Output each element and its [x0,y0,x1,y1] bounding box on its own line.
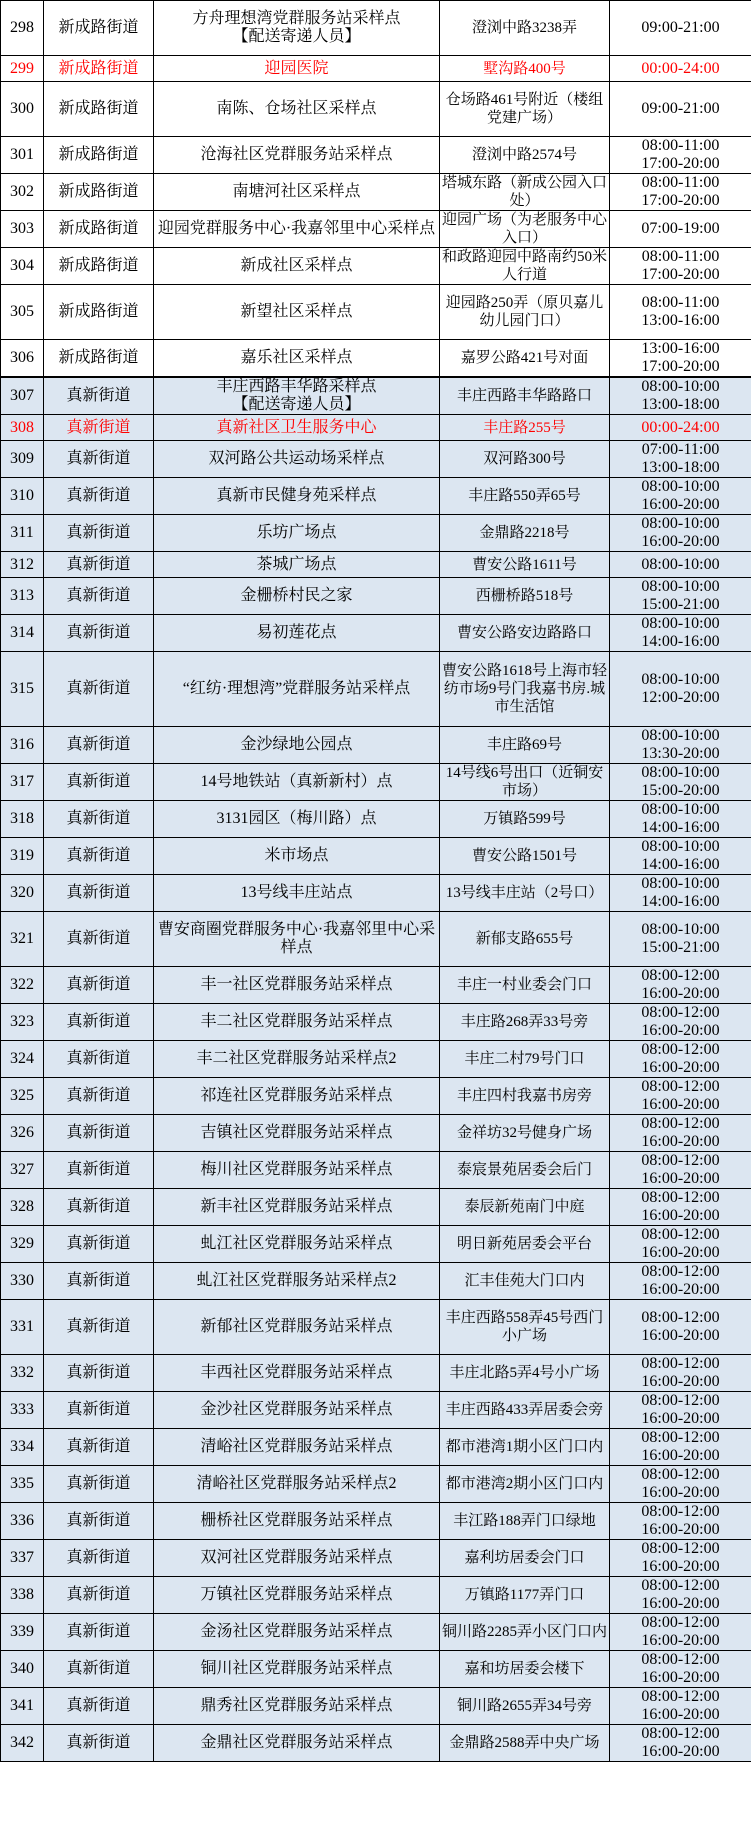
table-row: 305新成路街道新望社区采样点迎园路250弄（原贝嘉儿幼儿园门口）08:00-1… [1,285,751,340]
cell-address: 丰庄路550弄65号 [440,478,610,515]
cell-address: 金鼎路2218号 [440,515,610,552]
cell-address: 嘉和坊居委会楼下 [440,1651,610,1688]
cell-hours: 00:00-24:00 [610,415,751,441]
cell-index: 325 [1,1078,44,1115]
cell-site-name: 清峪社区党群服务站采样点 [154,1429,440,1466]
cell-site-name: 丰西社区党群服务站采样点 [154,1355,440,1392]
cell-hours: 08:00-12:00 16:00-20:00 [610,1263,751,1300]
cell-hours: 08:00-10:00 13:00-18:00 [610,377,751,415]
cell-site-name: 曹安商圈党群服务中心·我嘉邻里中心采样点 [154,912,440,967]
cell-site-name: 米市场点 [154,838,440,875]
cell-site-name: 清峪社区党群服务站采样点2 [154,1466,440,1503]
table-row: 314真新街道易初莲花点曹安公路安边路路口08:00-10:00 14:00-1… [1,615,751,652]
cell-street: 真新街道 [44,1503,154,1540]
cell-site-name: 丰二社区党群服务站采样点2 [154,1041,440,1078]
cell-site-name: 吉镇社区党群服务站采样点 [154,1115,440,1152]
cell-address: 丰庄路69号 [440,727,610,764]
table-row: 331真新街道新郁社区党群服务站采样点丰庄西路558弄45号西门小广场08:00… [1,1300,751,1355]
table-row: 338真新街道万镇社区党群服务站采样点万镇路1177弄门口08:00-12:00… [1,1577,751,1614]
cell-hours: 08:00-11:00 17:00-20:00 [610,137,751,174]
table-row: 326真新街道吉镇社区党群服务站采样点金祥坊32号健身广场08:00-12:00… [1,1115,751,1152]
cell-index: 321 [1,912,44,967]
cell-street: 新成路街道 [44,211,154,248]
cell-index: 319 [1,838,44,875]
cell-street: 真新街道 [44,1263,154,1300]
cell-index: 304 [1,248,44,285]
cell-hours: 00:00-24:00 [610,56,751,82]
cell-hours: 08:00-10:00 15:00-20:00 [610,764,751,801]
cell-site-name: 新郁社区党群服务站采样点 [154,1300,440,1355]
cell-index: 334 [1,1429,44,1466]
table-row: 319真新街道米市场点曹安公路1501号08:00-10:00 14:00-16… [1,838,751,875]
table-row: 301新成路街道沧海社区党群服务站采样点澄浏中路2574号08:00-11:00… [1,137,751,174]
cell-hours: 08:00-12:00 16:00-20:00 [610,1041,751,1078]
cell-index: 340 [1,1651,44,1688]
cell-index: 330 [1,1263,44,1300]
cell-site-name: 金汤社区党群服务站采样点 [154,1614,440,1651]
cell-street: 真新街道 [44,1226,154,1263]
cell-index: 317 [1,764,44,801]
cell-site-name: 13号线丰庄站点 [154,875,440,912]
cell-site-name: 沧海社区党群服务站采样点 [154,137,440,174]
cell-hours: 08:00-12:00 16:00-20:00 [610,1429,751,1466]
cell-site-name: 万镇社区党群服务站采样点 [154,1577,440,1614]
cell-hours: 08:00-10:00 14:00-16:00 [610,838,751,875]
cell-site-name: 14号地铁站（真新新村）点 [154,764,440,801]
cell-hours: 09:00-21:00 [610,82,751,137]
cell-address: 14号线6号出口（近铜安市场） [440,764,610,801]
cell-hours: 08:00-12:00 16:00-20:00 [610,1466,751,1503]
table-row: 321真新街道曹安商圈党群服务中心·我嘉邻里中心采样点新郁支路655号08:00… [1,912,751,967]
table-row: 322真新街道丰一社区党群服务站采样点丰庄一村业委会门口08:00-12:00 … [1,967,751,1004]
cell-address: 澄浏中路3238弄 [440,1,610,56]
cell-hours: 13:00-16:00 17:00-20:00 [610,340,751,378]
cell-site-name: 新成社区采样点 [154,248,440,285]
cell-hours: 07:00-19:00 [610,211,751,248]
table-row: 323真新街道丰二社区党群服务站采样点丰庄路268弄33号旁08:00-12:0… [1,1004,751,1041]
cell-site-name: 双河社区党群服务站采样点 [154,1540,440,1577]
cell-street: 新成路街道 [44,174,154,211]
table-row: 316真新街道金沙绿地公园点丰庄路69号08:00-10:00 13:30-20… [1,727,751,764]
cell-index: 312 [1,552,44,578]
cell-address: 铜川路2285弄小区门口内 [440,1614,610,1651]
table-row: 337真新街道双河社区党群服务站采样点嘉利坊居委会门口08:00-12:00 1… [1,1540,751,1577]
cell-site-name: 真新市民健身苑采样点 [154,478,440,515]
cell-street: 真新街道 [44,875,154,912]
cell-index: 337 [1,1540,44,1577]
cell-street: 真新街道 [44,478,154,515]
cell-site-name: 方舟理想湾党群服务站采样点 【配送寄递人员】 [154,1,440,56]
cell-index: 323 [1,1004,44,1041]
cell-street: 真新街道 [44,1725,154,1762]
table-row: 327真新街道梅川社区党群服务站采样点泰宸景苑居委会后门08:00-12:00 … [1,1152,751,1189]
cell-index: 333 [1,1392,44,1429]
table-row: 306新成路街道嘉乐社区采样点嘉罗公路421号对面13:00-16:00 17:… [1,340,751,378]
cell-address: 泰宸景苑居委会后门 [440,1152,610,1189]
cell-address: 西栅桥路518号 [440,578,610,615]
cell-hours: 08:00-12:00 16:00-20:00 [610,1226,751,1263]
cell-street: 真新街道 [44,1429,154,1466]
table-row: 310真新街道真新市民健身苑采样点丰庄路550弄65号08:00-10:00 1… [1,478,751,515]
table-row: 307真新街道丰庄西路丰华路采样点 【配送寄递人员】丰庄西路丰华路路口08:00… [1,377,751,415]
cell-street: 真新街道 [44,1540,154,1577]
cell-index: 338 [1,1577,44,1614]
cell-street: 真新街道 [44,1355,154,1392]
cell-street: 新成路街道 [44,1,154,56]
cell-site-name: 鼎秀社区党群服务站采样点 [154,1688,440,1725]
cell-address: 金鼎路2588弄中央广场 [440,1725,610,1762]
cell-street: 真新街道 [44,615,154,652]
cell-site-name: 丰庄西路丰华路采样点 【配送寄递人员】 [154,377,440,415]
cell-site-name: 易初莲花点 [154,615,440,652]
cell-address: 都市港湾2期小区门口内 [440,1466,610,1503]
cell-hours: 08:00-12:00 16:00-20:00 [610,1078,751,1115]
table-row: 325真新街道祁连社区党群服务站采样点丰庄四村我嘉书房旁08:00-12:00 … [1,1078,751,1115]
cell-street: 真新街道 [44,1577,154,1614]
cell-street: 真新街道 [44,727,154,764]
cell-hours: 08:00-11:00 17:00-20:00 [610,174,751,211]
cell-street: 真新街道 [44,1392,154,1429]
cell-index: 309 [1,441,44,478]
cell-street: 真新街道 [44,1004,154,1041]
cell-street: 真新街道 [44,1189,154,1226]
cell-address: 新郁支路655号 [440,912,610,967]
cell-street: 真新街道 [44,515,154,552]
cell-index: 326 [1,1115,44,1152]
cell-street: 真新街道 [44,1688,154,1725]
cell-index: 318 [1,801,44,838]
cell-site-name: 栅桥社区党群服务站采样点 [154,1503,440,1540]
cell-index: 313 [1,578,44,615]
cell-site-name: 金沙社区党群服务站采样点 [154,1392,440,1429]
cell-index: 332 [1,1355,44,1392]
cell-street: 真新街道 [44,377,154,415]
cell-hours: 08:00-12:00 16:00-20:00 [610,1355,751,1392]
cell-address: 明日新苑居委会平台 [440,1226,610,1263]
cell-hours: 08:00-12:00 16:00-20:00 [610,1577,751,1614]
cell-index: 300 [1,82,44,137]
cell-index: 329 [1,1226,44,1263]
cell-address: 曹安公路1618号上海市轻纺市场9号门我嘉书房.城市生活馆 [440,652,610,727]
cell-address: 万镇路1177弄门口 [440,1577,610,1614]
cell-site-name: 3131园区（梅川路）点 [154,801,440,838]
cell-site-name: 铜川社区党群服务站采样点 [154,1651,440,1688]
cell-site-name: 真新社区卫生服务中心 [154,415,440,441]
cell-street: 真新街道 [44,1152,154,1189]
cell-index: 342 [1,1725,44,1762]
table-row: 298新成路街道方舟理想湾党群服务站采样点 【配送寄递人员】澄浏中路3238弄0… [1,1,751,56]
cell-address: 丰庄二村79号门口 [440,1041,610,1078]
cell-site-name: 虬江社区党群服务站采样点 [154,1226,440,1263]
cell-street: 真新街道 [44,415,154,441]
cell-hours: 08:00-10:00 [610,552,751,578]
cell-index: 331 [1,1300,44,1355]
cell-index: 310 [1,478,44,515]
cell-hours: 08:00-12:00 16:00-20:00 [610,1725,751,1762]
cell-index: 322 [1,967,44,1004]
cell-site-name: 南陈、仓场社区采样点 [154,82,440,137]
cell-street: 真新街道 [44,801,154,838]
cell-index: 314 [1,615,44,652]
cell-index: 301 [1,137,44,174]
cell-index: 327 [1,1152,44,1189]
table-row: 336真新街道栅桥社区党群服务站采样点丰江路188弄门口绿地08:00-12:0… [1,1503,751,1540]
cell-hours: 08:00-10:00 15:00-21:00 [610,912,751,967]
table-row: 309真新街道双河路公共运动场采样点双河路300号07:00-11:00 13:… [1,441,751,478]
table-row: 312真新街道茶城广场点曹安公路1611号08:00-10:00 [1,552,751,578]
cell-site-name: 迎园医院 [154,56,440,82]
cell-address: 丰庄西路丰华路路口 [440,377,610,415]
cell-address: 铜川路2655弄34号旁 [440,1688,610,1725]
cell-address: 嘉罗公路421号对面 [440,340,610,378]
table-row: 311真新街道乐坊广场点金鼎路2218号08:00-10:00 16:00-20… [1,515,751,552]
table-row: 320真新街道13号线丰庄站点13号线丰庄站（2号口）08:00-10:00 1… [1,875,751,912]
cell-index: 307 [1,377,44,415]
cell-index: 308 [1,415,44,441]
cell-site-name: 新丰社区党群服务站采样点 [154,1189,440,1226]
cell-address: 迎园广场（为老服务中心入口） [440,211,610,248]
cell-hours: 08:00-12:00 16:00-20:00 [610,1152,751,1189]
table-row: 324真新街道丰二社区党群服务站采样点2丰庄二村79号门口08:00-12:00… [1,1041,751,1078]
cell-index: 328 [1,1189,44,1226]
cell-index: 306 [1,340,44,378]
cell-address: 丰庄路255号 [440,415,610,441]
cell-hours: 08:00-10:00 16:00-20:00 [610,478,751,515]
cell-address: 丰庄路268弄33号旁 [440,1004,610,1041]
cell-index: 315 [1,652,44,727]
cell-street: 真新街道 [44,1115,154,1152]
cell-address: 仓场路461号附近（楼组党建广场） [440,82,610,137]
cell-street: 真新街道 [44,1466,154,1503]
cell-hours: 08:00-12:00 16:00-20:00 [610,1540,751,1577]
table-row: 341真新街道鼎秀社区党群服务站采样点铜川路2655弄34号旁08:00-12:… [1,1688,751,1725]
cell-address: 曹安公路1501号 [440,838,610,875]
cell-index: 335 [1,1466,44,1503]
cell-site-name: “红纺·理想湾”党群服务站采样点 [154,652,440,727]
cell-index: 320 [1,875,44,912]
cell-site-name: 祁连社区党群服务站采样点 [154,1078,440,1115]
cell-address: 丰江路188弄门口绿地 [440,1503,610,1540]
cell-street: 真新街道 [44,967,154,1004]
cell-address: 曹安公路1611号 [440,552,610,578]
cell-hours: 08:00-12:00 16:00-20:00 [610,1004,751,1041]
cell-hours: 08:00-10:00 15:00-21:00 [610,578,751,615]
cell-index: 303 [1,211,44,248]
table-row: 332真新街道丰西社区党群服务站采样点丰庄北路5弄4号小广场08:00-12:0… [1,1355,751,1392]
cell-site-name: 双河路公共运动场采样点 [154,441,440,478]
table-row: 333真新街道金沙社区党群服务站采样点丰庄西路433弄居委会旁08:00-12:… [1,1392,751,1429]
cell-index: 324 [1,1041,44,1078]
table-row: 340真新街道铜川社区党群服务站采样点嘉和坊居委会楼下08:00-12:00 1… [1,1651,751,1688]
cell-site-name: 金沙绿地公园点 [154,727,440,764]
cell-hours: 08:00-10:00 14:00-16:00 [610,801,751,838]
cell-address: 嘉利坊居委会门口 [440,1540,610,1577]
cell-index: 311 [1,515,44,552]
table-row: 318真新街道3131园区（梅川路）点万镇路599号08:00-10:00 14… [1,801,751,838]
table-row: 304新成路街道新成社区采样点和政路迎园中路南约50米人行道08:00-11:0… [1,248,751,285]
cell-street: 新成路街道 [44,56,154,82]
cell-hours: 08:00-10:00 16:00-20:00 [610,515,751,552]
sampling-sites-rows: 298新成路街道方舟理想湾党群服务站采样点 【配送寄递人员】澄浏中路3238弄0… [1,1,751,1762]
cell-address: 双河路300号 [440,441,610,478]
table-row: 342真新街道金鼎社区党群服务站采样点金鼎路2588弄中央广场08:00-12:… [1,1725,751,1762]
cell-street: 真新街道 [44,552,154,578]
table-row: 300新成路街道南陈、仓场社区采样点仓场路461号附近（楼组党建广场）09:00… [1,82,751,137]
table-row: 303新成路街道迎园党群服务中心·我嘉邻里中心采样点迎园广场（为老服务中心入口）… [1,211,751,248]
cell-address: 汇丰佳苑大门口内 [440,1263,610,1300]
cell-street: 真新街道 [44,1651,154,1688]
cell-hours: 08:00-12:00 16:00-20:00 [610,1392,751,1429]
cell-hours: 08:00-12:00 16:00-20:00 [610,1651,751,1688]
cell-address: 丰庄北路5弄4号小广场 [440,1355,610,1392]
table-row: 302新成路街道南塘河社区采样点塔城东路（新成公园入口处）08:00-11:00… [1,174,751,211]
cell-street: 真新街道 [44,1614,154,1651]
table-row: 334真新街道清峪社区党群服务站采样点都市港湾1期小区门口内08:00-12:0… [1,1429,751,1466]
cell-street: 真新街道 [44,838,154,875]
cell-site-name: 金鼎社区党群服务站采样点 [154,1725,440,1762]
cell-index: 341 [1,1688,44,1725]
cell-hours: 08:00-11:00 17:00-20:00 [610,248,751,285]
cell-hours: 08:00-12:00 16:00-20:00 [610,1614,751,1651]
cell-street: 新成路街道 [44,340,154,378]
cell-street: 新成路街道 [44,137,154,174]
cell-hours: 08:00-10:00 12:00-20:00 [610,652,751,727]
cell-street: 新成路街道 [44,82,154,137]
cell-street: 真新街道 [44,764,154,801]
cell-address: 墅沟路400号 [440,56,610,82]
table-row: 308真新街道真新社区卫生服务中心丰庄路255号00:00-24:00 [1,415,751,441]
cell-street: 真新街道 [44,1300,154,1355]
table-row: 315真新街道“红纺·理想湾”党群服务站采样点曹安公路1618号上海市轻纺市场9… [1,652,751,727]
table-row: 329真新街道虬江社区党群服务站采样点明日新苑居委会平台08:00-12:00 … [1,1226,751,1263]
cell-hours: 08:00-12:00 16:00-20:00 [610,1115,751,1152]
cell-address: 丰庄四村我嘉书房旁 [440,1078,610,1115]
cell-hours: 08:00-12:00 16:00-20:00 [610,967,751,1004]
cell-address: 和政路迎园中路南约50米人行道 [440,248,610,285]
table-row: 339真新街道金汤社区党群服务站采样点铜川路2285弄小区门口内08:00-12… [1,1614,751,1651]
cell-index: 298 [1,1,44,56]
cell-street: 真新街道 [44,652,154,727]
cell-address: 塔城东路（新成公园入口处） [440,174,610,211]
cell-address: 曹安公路安边路路口 [440,615,610,652]
cell-hours: 07:00-11:00 13:00-18:00 [610,441,751,478]
cell-address: 万镇路599号 [440,801,610,838]
cell-street: 真新街道 [44,1041,154,1078]
cell-site-name: 迎园党群服务中心·我嘉邻里中心采样点 [154,211,440,248]
cell-index: 336 [1,1503,44,1540]
cell-street: 新成路街道 [44,248,154,285]
cell-site-name: 南塘河社区采样点 [154,174,440,211]
cell-hours: 08:00-10:00 14:00-16:00 [610,875,751,912]
cell-hours: 08:00-11:00 13:00-16:00 [610,285,751,340]
cell-index: 299 [1,56,44,82]
cell-site-name: 金栅桥村民之家 [154,578,440,615]
cell-hours: 08:00-12:00 16:00-20:00 [610,1189,751,1226]
cell-site-name: 梅川社区党群服务站采样点 [154,1152,440,1189]
table-row: 330真新街道虬江社区党群服务站采样点2汇丰佳苑大门口内08:00-12:00 … [1,1263,751,1300]
cell-site-name: 丰一社区党群服务站采样点 [154,967,440,1004]
cell-hours: 08:00-12:00 16:00-20:00 [610,1300,751,1355]
cell-hours: 09:00-21:00 [610,1,751,56]
cell-hours: 08:00-10:00 14:00-16:00 [610,615,751,652]
cell-street: 真新街道 [44,912,154,967]
cell-site-name: 新望社区采样点 [154,285,440,340]
table-row: 299新成路街道迎园医院墅沟路400号00:00-24:00 [1,56,751,82]
cell-index: 339 [1,1614,44,1651]
cell-address: 丰庄西路433弄居委会旁 [440,1392,610,1429]
table-row: 313真新街道金栅桥村民之家西栅桥路518号08:00-10:00 15:00-… [1,578,751,615]
cell-hours: 08:00-10:00 13:30-20:00 [610,727,751,764]
cell-address: 澄浏中路2574号 [440,137,610,174]
table-row: 317真新街道14号地铁站（真新新村）点14号线6号出口（近铜安市场）08:00… [1,764,751,801]
cell-hours: 08:00-12:00 16:00-20:00 [610,1688,751,1725]
cell-hours: 08:00-12:00 16:00-20:00 [610,1503,751,1540]
cell-street: 真新街道 [44,578,154,615]
cell-street: 真新街道 [44,1078,154,1115]
cell-site-name: 丰二社区党群服务站采样点 [154,1004,440,1041]
cell-site-name: 茶城广场点 [154,552,440,578]
cell-address: 泰辰新苑南门中庭 [440,1189,610,1226]
table-row: 335真新街道清峪社区党群服务站采样点2都市港湾2期小区门口内08:00-12:… [1,1466,751,1503]
cell-address: 金祥坊32号健身广场 [440,1115,610,1152]
table-row: 328真新街道新丰社区党群服务站采样点泰辰新苑南门中庭08:00-12:00 1… [1,1189,751,1226]
cell-address: 13号线丰庄站（2号口） [440,875,610,912]
cell-address: 丰庄西路558弄45号西门小广场 [440,1300,610,1355]
cell-index: 316 [1,727,44,764]
sampling-sites-table: 298新成路街道方舟理想湾党群服务站采样点 【配送寄递人员】澄浏中路3238弄0… [0,0,751,1762]
cell-index: 305 [1,285,44,340]
cell-street: 真新街道 [44,441,154,478]
cell-index: 302 [1,174,44,211]
cell-site-name: 虬江社区党群服务站采样点2 [154,1263,440,1300]
cell-address: 迎园路250弄（原贝嘉儿幼儿园门口） [440,285,610,340]
cell-address: 都市港湾1期小区门口内 [440,1429,610,1466]
cell-site-name: 嘉乐社区采样点 [154,340,440,378]
cell-street: 新成路街道 [44,285,154,340]
cell-address: 丰庄一村业委会门口 [440,967,610,1004]
cell-site-name: 乐坊广场点 [154,515,440,552]
